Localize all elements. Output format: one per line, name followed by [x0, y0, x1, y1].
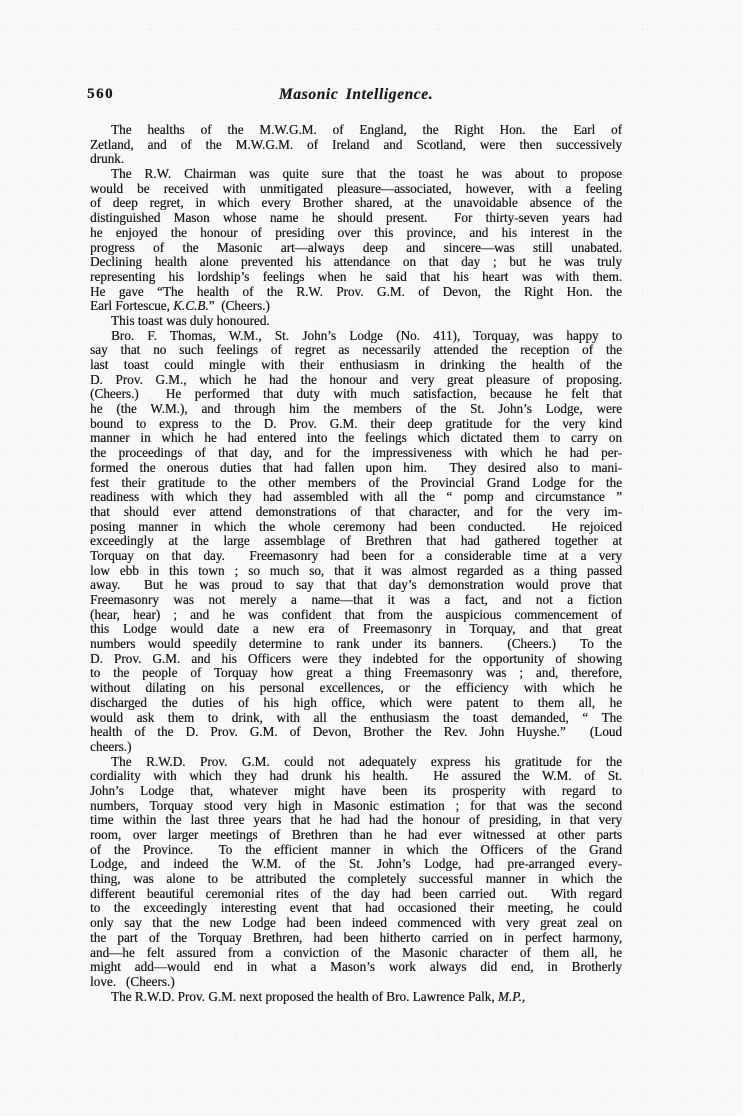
text-line: might add—would end in what a Mason’s wo…: [90, 960, 622, 975]
text-line: say that no such feelings of regret as n…: [90, 343, 622, 358]
text-line: bound to express to the D. Prov. G.M. th…: [90, 417, 622, 432]
text-line: the proceedings of that day, and for the…: [90, 446, 622, 461]
italic-text: M.P.,: [498, 990, 525, 1004]
page-number: 560: [87, 86, 114, 103]
text-line: distinguished Mason whose name he should…: [90, 211, 622, 226]
text-line: manner in which he had entered into the …: [90, 431, 622, 446]
text-line: D. Prov. G.M., which he had the honour a…: [90, 373, 622, 388]
article-body: The healths of the M.W.G.M. of England, …: [90, 123, 622, 1004]
text-line: the part of the Torquay Brethren, had be…: [90, 931, 622, 946]
italic-text: K.C.B.: [173, 299, 209, 313]
text-line: that should ever attend demonstrations o…: [90, 505, 622, 520]
text-line: thing, was alone to be attributed the co…: [90, 872, 622, 887]
text-line: exceedingly at the large assemblage of B…: [90, 534, 622, 549]
text-line: Freemasonry was not merely a name—that i…: [90, 593, 622, 608]
text-line: John’s Lodge that, whatever might have b…: [90, 784, 622, 799]
text-segment: ” (Cheers.): [209, 299, 270, 313]
text-line: away. But he was proud to say that that …: [90, 578, 622, 593]
text-line: would ask them to drink, with all the en…: [90, 711, 622, 726]
text-line: he (the W.M.), and through him the membe…: [90, 402, 622, 417]
text-line: of deep regret, in which every Brother s…: [90, 196, 622, 211]
text-line: He gave “The health of the R.W. Prov. G.…: [90, 285, 622, 300]
text-line: without dilating on his personal excelle…: [90, 681, 622, 696]
text-line: Zetland, and of the M.W.G.M. of Ireland …: [90, 138, 622, 153]
text-line: D. Prov. G.M. and his Officers were they…: [90, 652, 622, 667]
text-line: (hear, hear) ; and he was confident that…: [90, 608, 622, 623]
text-line: representing his lordship’s feelings whe…: [90, 270, 622, 285]
text-line: readiness with which they had assembled …: [90, 490, 622, 505]
text-line: room, over larger meetings of Brethren t…: [90, 828, 622, 843]
text-line: This toast was duly honoured.: [90, 314, 622, 329]
text-line: last toast could mingle with their enthu…: [90, 358, 622, 373]
text-line: Torquay on that day. Freemasonry had bee…: [90, 549, 622, 564]
scanned-page: 560 Masonic Intelligence. The healths of…: [0, 0, 743, 1116]
text-line: and—he felt assured from a conviction of…: [90, 946, 622, 961]
text-segment: Earl Fortescue,: [90, 299, 173, 313]
text-line: different beautiful ceremonial rites of …: [90, 887, 622, 902]
text-line: would be received with unmitigated pleas…: [90, 182, 622, 197]
text-line: health of the D. Prov. G.M. of Devon, Br…: [90, 725, 622, 740]
text-line: drunk.: [90, 152, 622, 167]
text-line: to the people of Torquay how great a thi…: [90, 666, 622, 681]
text-line: Lodge, and indeed the W.M. of the St. Jo…: [90, 857, 622, 872]
text-line: fest their gratitude to the other member…: [90, 476, 622, 491]
text-line: discharged the duties of his high office…: [90, 696, 622, 711]
text-line: posing manner in which the whole ceremon…: [90, 520, 622, 535]
text-line: of the Province. To the efficient manner…: [90, 843, 622, 858]
text-line: The healths of the M.W.G.M. of England, …: [90, 123, 622, 138]
text-line: Declining health alone prevented his att…: [90, 255, 622, 270]
text-line: low ebb in this town ; so much so, that …: [90, 564, 622, 579]
text-line: (Cheers.) He performed that duty with mu…: [90, 387, 622, 402]
page-title: Masonic Intelligence.: [90, 86, 622, 104]
text-line: progress of the Masonic art—always deep …: [90, 241, 622, 256]
text-line: this Lodge would date a new era of Freem…: [90, 622, 622, 637]
text-line: Earl Fortescue, K.C.B.” (Cheers.): [90, 299, 622, 314]
text-line: time within the last three years that he…: [90, 813, 622, 828]
text-line: cordiality with which they had drunk his…: [90, 769, 622, 784]
text-line: The R.W.D. Prov. G.M. next proposed the …: [90, 990, 622, 1005]
text-line: only say that the new Lodge had been ind…: [90, 916, 622, 931]
text-line: numbers, Torquay stood very high in Maso…: [90, 799, 622, 814]
text-line: love. (Cheers.): [90, 975, 622, 990]
text-segment: The R.W.D. Prov. G.M. next proposed the …: [111, 990, 498, 1004]
text-line: to the exceedingly interesting event tha…: [90, 901, 622, 916]
text-line: cheers.): [90, 740, 622, 755]
text-line: he enjoyed the honour of presiding over …: [90, 226, 622, 241]
text-line: numbers would speedily determine to rank…: [90, 637, 622, 652]
text-line: formed the onerous duties that had falle…: [90, 461, 622, 476]
text-line: The R.W.D. Prov. G.M. could not adequate…: [90, 755, 622, 770]
page-header: 560 Masonic Intelligence.: [90, 86, 622, 104]
text-line: Bro. F. Thomas, W.M., St. John’s Lodge (…: [90, 329, 622, 344]
text-line: The R.W. Chairman was quite sure that th…: [90, 167, 622, 182]
